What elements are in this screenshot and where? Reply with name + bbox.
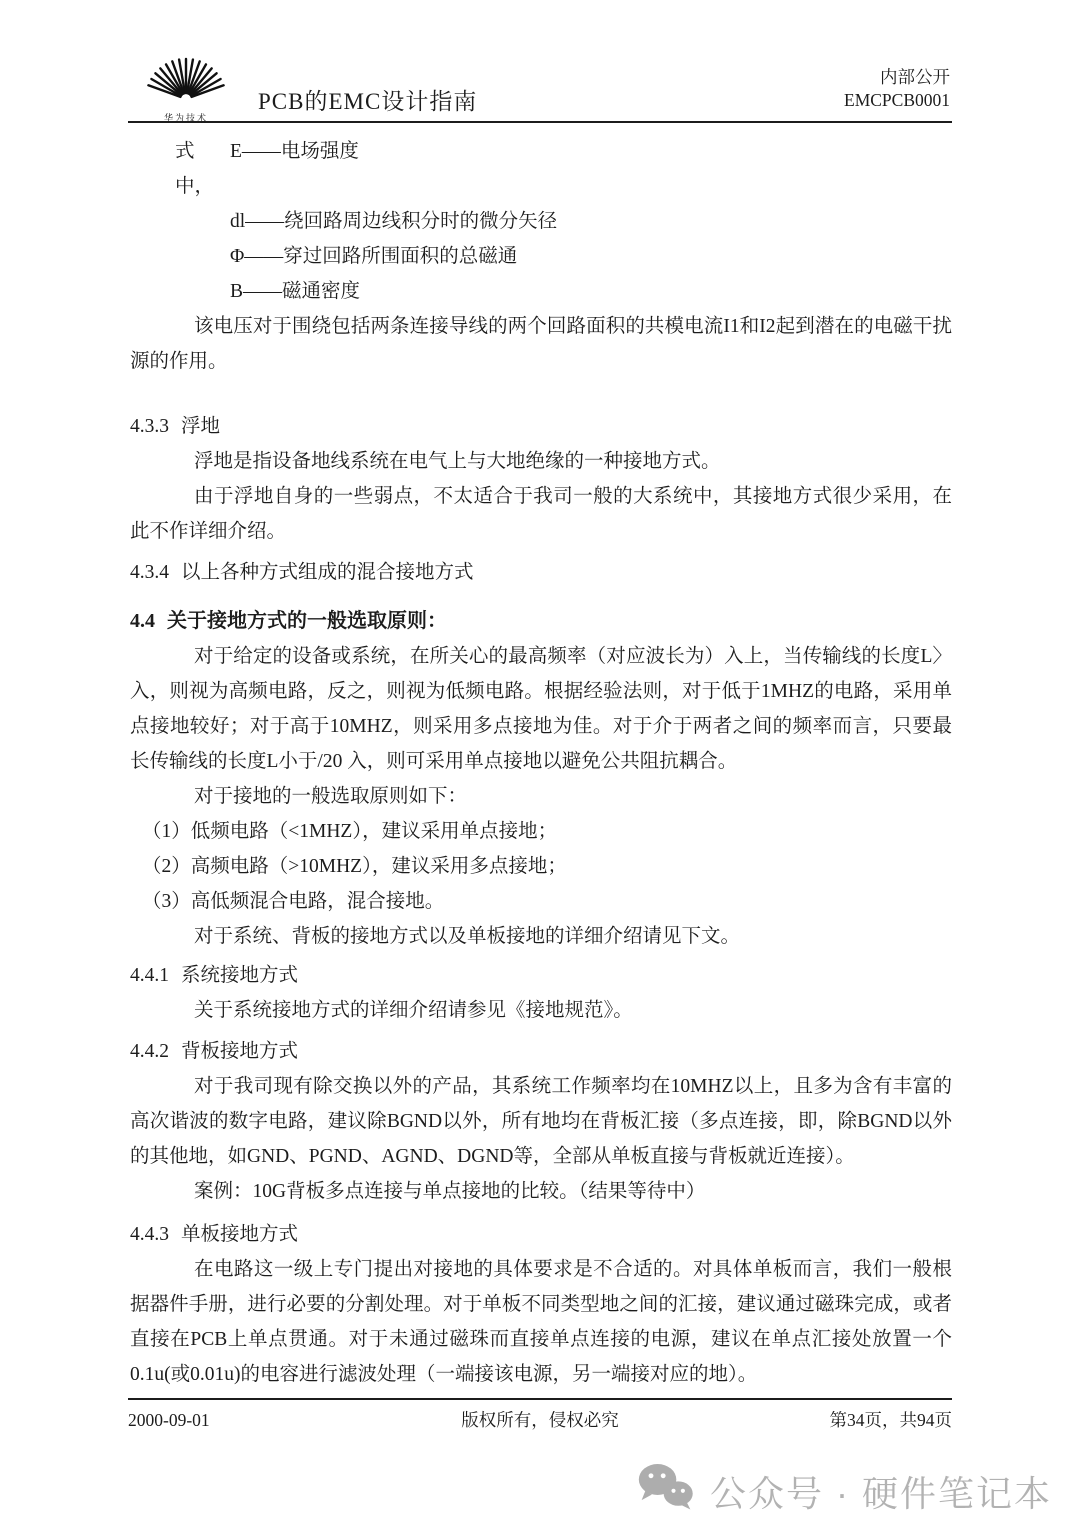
footer-page-info: 第34页，共94页 xyxy=(830,1407,953,1432)
definition-dash: —— xyxy=(242,134,281,204)
classification-label: 内部公开 xyxy=(844,66,950,89)
wechat-watermark: 公众号 · 硬件笔记本 xyxy=(636,1462,1052,1521)
formula-definition-row: B——磁通密度 xyxy=(130,274,952,309)
formula-definition-row: dl——绕回路周边线积分时的微分矢径 xyxy=(130,204,952,239)
document-title: PCB的EMC设计指南 xyxy=(258,83,477,124)
formula-definition-row: Φ——穿过回路所围面积的总磁通 xyxy=(130,239,952,274)
heading-4-4-1: 4.4.1系统接地方式 xyxy=(130,958,952,993)
definition-dash: —— xyxy=(245,204,284,239)
footer-date: 2000-09-01 xyxy=(128,1410,210,1431)
page-footer: 版权所有，侵权必究 2000-09-01 第34页，共94页 xyxy=(128,1398,952,1432)
heading-number: 4.4.1 xyxy=(130,965,169,986)
heading-number: 4.4.2 xyxy=(130,1041,169,1062)
formula-symbol: E xyxy=(230,134,242,204)
heading-title: 系统接地方式 xyxy=(181,965,298,986)
company-logo-icon xyxy=(144,55,228,110)
paragraph-backplane-case: 案例：10G背板多点连接与单点接地的比较。（结果等待中） xyxy=(130,1174,952,1209)
document-page: 华为技术 PCB的EMC设计指南 内部公开 EMCPCB0001 式中， E——… xyxy=(0,0,1080,1528)
formula-desc: 绕回路周边线积分时的微分矢径 xyxy=(284,204,557,239)
list-item-mixed-freq: （3）高低频混合电路，混合接地。 xyxy=(130,884,952,919)
heading-title: 以上各种方式组成的混合接地方式 xyxy=(181,562,474,583)
paragraph-floating-ground-2: 由于浮地自身的一些弱点，不太适合于我司一般的大系统中，其接地方式很少采用，在此不… xyxy=(130,479,952,549)
heading-title: 浮地 xyxy=(181,416,220,437)
company-logo: 华为技术 xyxy=(138,55,234,124)
list-item-low-freq: （1）低频电路（<1MHZ），建议采用单点接地； xyxy=(130,814,952,849)
wechat-icon xyxy=(636,1462,696,1521)
paragraph-common-mode: 该电压对于围绕包括两条连接导线的两个回路面积的共模电流I1和I2起到潜在的电磁干… xyxy=(130,309,952,379)
formula-desc: 穿过回路所围面积的总磁通 xyxy=(283,239,517,274)
paragraph-principles-intro: 对于接地的一般选取原则如下： xyxy=(130,779,952,814)
page-header: 华为技术 PCB的EMC设计指南 内部公开 EMCPCB0001 xyxy=(128,0,952,123)
paragraph-system-grounding: 关于系统接地方式的详细介绍请参见《接地规范》。 xyxy=(130,993,952,1028)
heading-4-4: 4.4关于接地方式的一般选取原则： xyxy=(130,604,952,639)
formula-desc: 磁通密度 xyxy=(282,274,360,309)
definition-dash: —— xyxy=(244,239,283,274)
formula-intro: 式中， xyxy=(130,134,230,204)
heading-title: 关于接地方式的一般选取原则： xyxy=(167,610,447,632)
heading-number: 4.3.4 xyxy=(130,562,169,583)
document-body: 式中， E——电场强度 dl——绕回路周边线积分时的微分矢径 Φ——穿过回路所围… xyxy=(130,123,952,1392)
list-item-high-freq: （2）高频电路（>10MHZ），建议采用多点接地； xyxy=(130,849,952,884)
paragraph-see-below: 对于系统、背板的接地方式以及单板接地的详细介绍请见下文。 xyxy=(130,919,952,954)
heading-number: 4.3.3 xyxy=(130,416,169,437)
heading-title: 背板接地方式 xyxy=(181,1041,298,1062)
document-id: EMCPCB0001 xyxy=(844,89,950,112)
paragraph-board-grounding: 在电路这一级上专门提出对接地的具体要求是不合适的。对具体单板而言，我们一般根据器… xyxy=(130,1252,952,1392)
heading-number: 4.4.3 xyxy=(130,1224,169,1245)
paragraph-backplane-grounding: 对于我司现有除交换以外的产品，其系统工作频率均在10MHZ以上，且多为含有丰富的… xyxy=(130,1069,952,1174)
formula-symbol: dl xyxy=(230,204,245,239)
definition-dash: —— xyxy=(243,274,282,309)
watermark-label: 公众号 · 硬件笔记本 xyxy=(710,1466,1052,1517)
paragraph-floating-ground-1: 浮地是指设备地线系统在电气上与大地绝缘的一种接地方式。 xyxy=(130,444,952,479)
heading-title: 单板接地方式 xyxy=(181,1224,298,1245)
heading-4-3-4: 4.3.4以上各种方式组成的混合接地方式 xyxy=(130,555,952,590)
formula-symbol: B xyxy=(230,274,243,309)
paragraph-selection-principles: 对于给定的设备或系统，在所关心的最高频率（对应波长为）入上，当传输线的长度L〉入… xyxy=(130,639,952,779)
formula-symbol: Φ xyxy=(230,239,244,274)
formula-definition-list: 式中， E——电场强度 dl——绕回路周边线积分时的微分矢径 Φ——穿过回路所围… xyxy=(130,134,952,309)
heading-number: 4.4 xyxy=(130,610,155,632)
footer-copyright: 版权所有，侵权必究 xyxy=(128,1407,952,1432)
formula-desc: 电场强度 xyxy=(281,134,359,204)
heading-4-3-3: 4.3.3浮地 xyxy=(130,409,952,444)
heading-4-4-2: 4.4.2背板接地方式 xyxy=(130,1034,952,1069)
heading-4-4-3: 4.4.3单板接地方式 xyxy=(130,1217,952,1252)
formula-definition-row: 式中， E——电场强度 xyxy=(130,134,952,204)
